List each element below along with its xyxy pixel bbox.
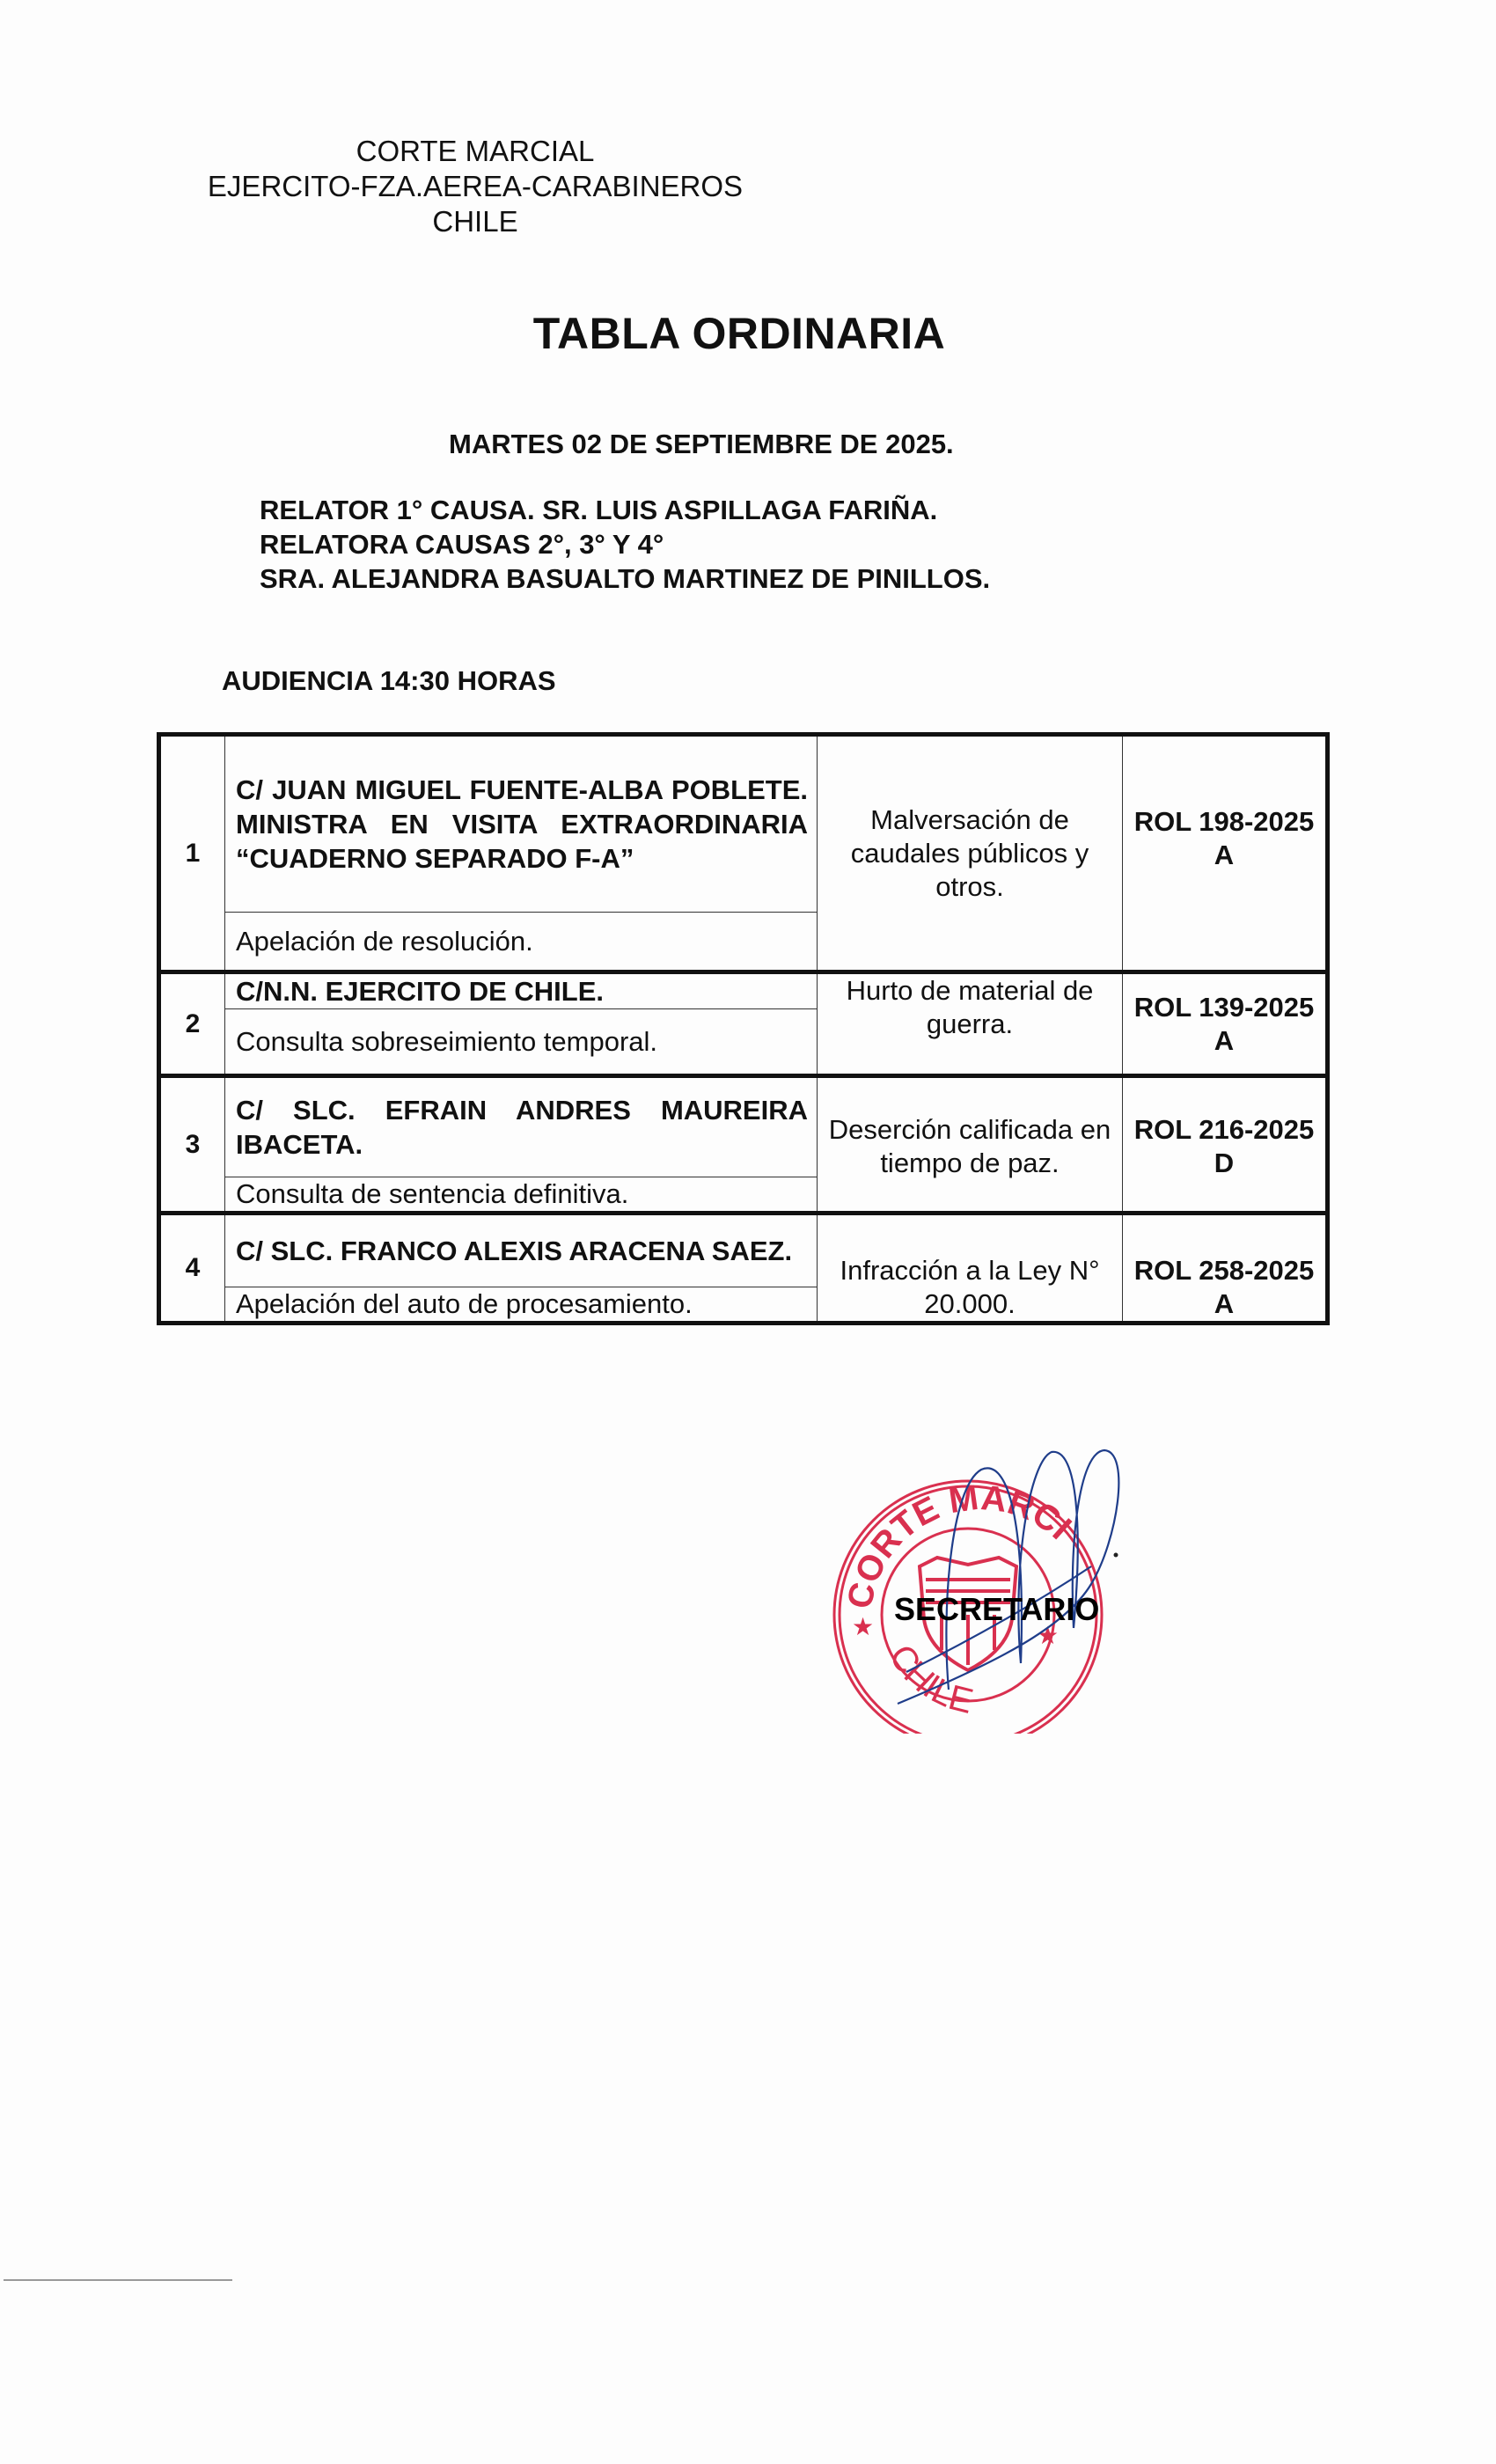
document-title: TABLA ORDINARIA [475,308,1003,359]
table-row: 4 C/ SLC. FRANCO ALEXIS ARACENA SAEZ. In… [159,1214,1328,1287]
causes-table: 1 C/ JUAN MIGUEL FUENTE-ALBA POBLETE. MI… [157,732,1330,1325]
relator-line-2: RELATORA CAUSAS 2°, 3° Y 4° [260,527,990,561]
court-name: CORTE MARCIAL [195,134,755,169]
cause-crime: Infracción a la Ley N° 20.000. [818,1214,1123,1324]
hearing-date: MARTES 02 DE SEPTIEMBRE DE 2025. [449,429,954,460]
table-row: 2 C/N.N. EJERCITO DE CHILE. Hurto de mat… [159,972,1328,1009]
scan-artifact-rule [4,2279,232,2281]
signatory-title: SECRETARIO [894,1591,1099,1628]
seal-bottom-text: CHILE [882,1638,977,1721]
cause-number: 1 [159,735,225,972]
signature-dot [1114,1553,1118,1558]
court-header: CORTE MARCIAL EJERCITO-FZA.AEREA-CARABIN… [195,134,755,239]
relators-block: RELATOR 1° CAUSA. SR. LUIS ASPILLAGA FAR… [260,493,990,596]
cause-crime: Deserción calificada en tiempo de paz. [818,1076,1123,1214]
cause-rol: ROL 139-2025A [1123,972,1328,1076]
court-country: CHILE [195,204,755,239]
court-branches: EJERCITO-FZA.AEREA-CARABINEROS [195,169,755,204]
cause-crime: Hurto de material de guerra. [818,972,1123,1076]
hearing-time: AUDIENCIA 14:30 HORAS [222,665,556,697]
cause-number: 4 [159,1214,225,1324]
cause-party: C/ JUAN MIGUEL FUENTE-ALBA POBLETE. MINI… [225,735,818,913]
table-row: 1 C/ JUAN MIGUEL FUENTE-ALBA POBLETE. MI… [159,735,1328,913]
table-row: 3 C/ SLC. EFRAIN ANDRES MAUREIRA IBACETA… [159,1076,1328,1177]
cause-party: C/N.N. EJERCITO DE CHILE. [225,972,818,1009]
cause-rol: ROL 216-2025D [1123,1076,1328,1214]
cause-rol: ROL 258-2025A [1123,1214,1328,1324]
cause-matter: Apelación de resolución. [225,913,818,972]
relator-line-1: RELATOR 1° CAUSA. SR. LUIS ASPILLAGA FAR… [260,493,990,527]
cause-party: C/ SLC. FRANCO ALEXIS ARACENA SAEZ. [225,1214,818,1287]
cause-number: 2 [159,972,225,1076]
cause-matter: Consulta sobreseimiento temporal. [225,1009,818,1076]
cause-crime: Malversación de caudales públicos y otro… [818,735,1123,972]
cause-party: C/ SLC. EFRAIN ANDRES MAUREIRA IBACETA. [225,1076,818,1177]
cause-matter: Apelación del auto de procesamiento. [225,1287,818,1324]
cause-rol: ROL 198-2025A [1123,735,1328,972]
court-seal-stamp: CORTE MARCIAL CHILE ★ ★ [801,1434,1170,1734]
cause-matter: Consulta de sentencia definitiva. [225,1177,818,1214]
star-icon: ★ [852,1613,874,1640]
relator-line-3: SRA. ALEJANDRA BASUALTO MARTINEZ DE PINI… [260,561,990,596]
cause-number: 3 [159,1076,225,1214]
